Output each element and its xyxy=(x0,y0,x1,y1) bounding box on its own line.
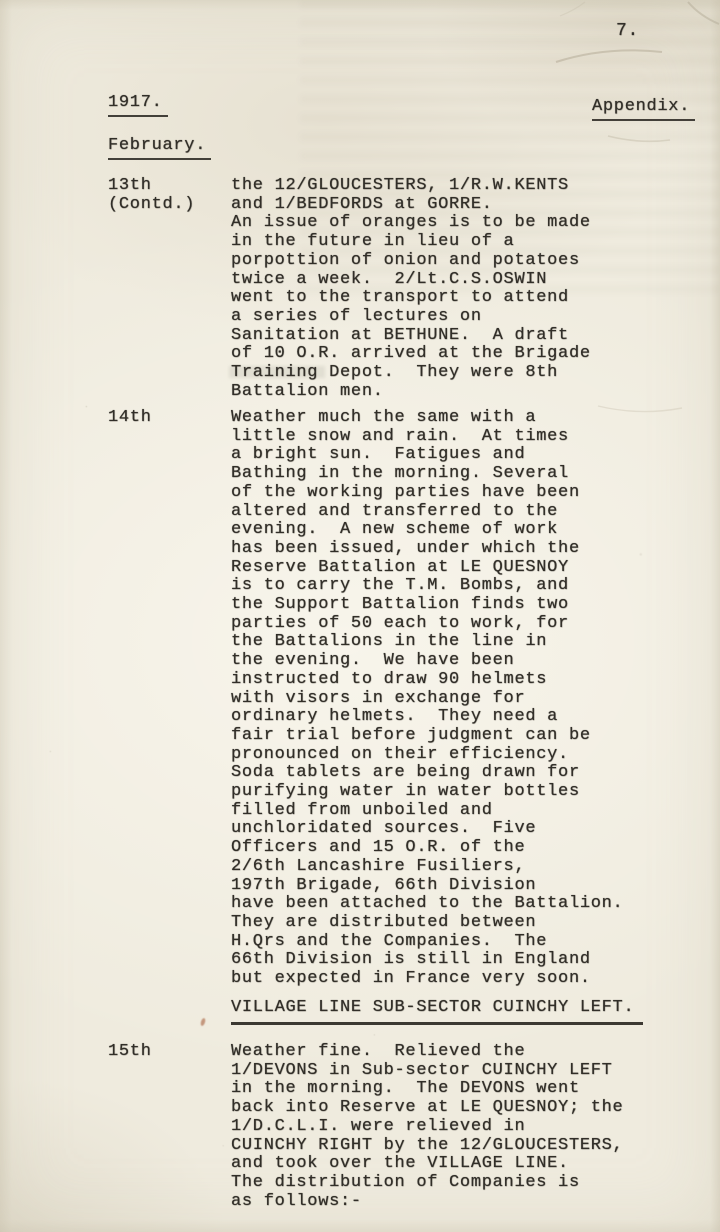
entry-body: Weather much the same with a little snow… xyxy=(231,409,671,989)
ink-speck xyxy=(200,1018,206,1027)
entry-date: 13th (Contd.) xyxy=(108,177,231,401)
entry-body: the 12/GLOUCESTERS, 1/R.W.KENTS and 1/BE… xyxy=(231,177,671,401)
diary-entry-13th: 13th (Contd.) the 12/GLOUCESTERS, 1/R.W.… xyxy=(108,177,671,401)
entry-body: Weather fine. Relieved the 1/DEVONS in S… xyxy=(231,1043,671,1211)
year-heading: 1917. xyxy=(108,94,168,117)
diary-entry-15th: 15th Weather fine. Relieved the 1/DEVONS… xyxy=(108,1043,671,1211)
document-page: 7. 1917. Appendix. February. 13th (Contd… xyxy=(0,0,720,1232)
page-number: 7. xyxy=(616,22,639,41)
entry-date: 14th xyxy=(108,409,231,989)
entry-date: 15th xyxy=(108,1043,231,1211)
section-heading: VILLAGE LINE SUB-SECTOR CUINCHY LEFT. xyxy=(231,999,643,1025)
diary-entry-14th: 14th Weather much the same with a little… xyxy=(108,409,671,989)
appendix-heading: Appendix. xyxy=(592,98,695,121)
month-heading: February. xyxy=(108,137,211,160)
